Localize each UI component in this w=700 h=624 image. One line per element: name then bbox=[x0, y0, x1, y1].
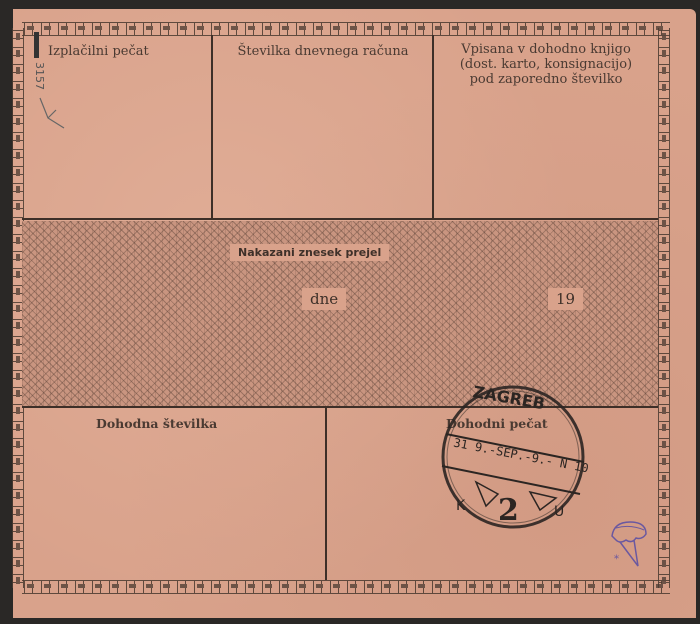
divider-bottom bbox=[325, 408, 327, 580]
postmark-date: 31 9.-SEP.-9.- N 10 bbox=[452, 436, 588, 476]
ornamental-border-bottom bbox=[22, 580, 670, 594]
year-label: 19 bbox=[548, 288, 583, 310]
entry-book-line-2: (dost. karto, konsignacijo) bbox=[436, 57, 656, 72]
svg-text:*: * bbox=[614, 554, 619, 565]
pencil-number: 3157 bbox=[33, 62, 46, 90]
entry-book-line-3: pod zaporedno številko bbox=[436, 72, 656, 87]
entry-book-line-1: Vpisana v dohodno knjigo bbox=[436, 42, 656, 57]
pencil-mark bbox=[34, 32, 39, 58]
date-label: dne bbox=[302, 288, 346, 310]
svg-text:K: K bbox=[456, 498, 466, 514]
postmark-stamp: ZAGREB 31 9.-SEP.-9.- N 10 2 K U bbox=[438, 382, 588, 532]
entry-book-label: Vpisana v dohodno knjigo (dost. karto, k… bbox=[436, 42, 656, 87]
ornamental-border-right bbox=[658, 28, 670, 588]
pencil-signature-icon bbox=[34, 92, 74, 132]
violet-umbrella-mark-icon: * bbox=[608, 518, 650, 570]
ornamental-border-top bbox=[22, 22, 670, 36]
daily-account-number-label: Številka dnevnega računa bbox=[214, 44, 432, 59]
divider-horizontal-upper bbox=[22, 218, 658, 220]
amount-received-title: Nakazani znesek prejel bbox=[230, 244, 389, 261]
pencil-note: 3157 bbox=[34, 32, 39, 58]
postmark-office-number: 2 bbox=[498, 493, 519, 528]
divider-top-1 bbox=[211, 35, 213, 219]
incoming-number-label: Dohodna številka bbox=[96, 416, 217, 431]
payout-stamp-label: Izplačilni pečat bbox=[48, 44, 149, 59]
svg-text:U: U bbox=[554, 504, 564, 520]
divider-top-2 bbox=[432, 35, 434, 219]
